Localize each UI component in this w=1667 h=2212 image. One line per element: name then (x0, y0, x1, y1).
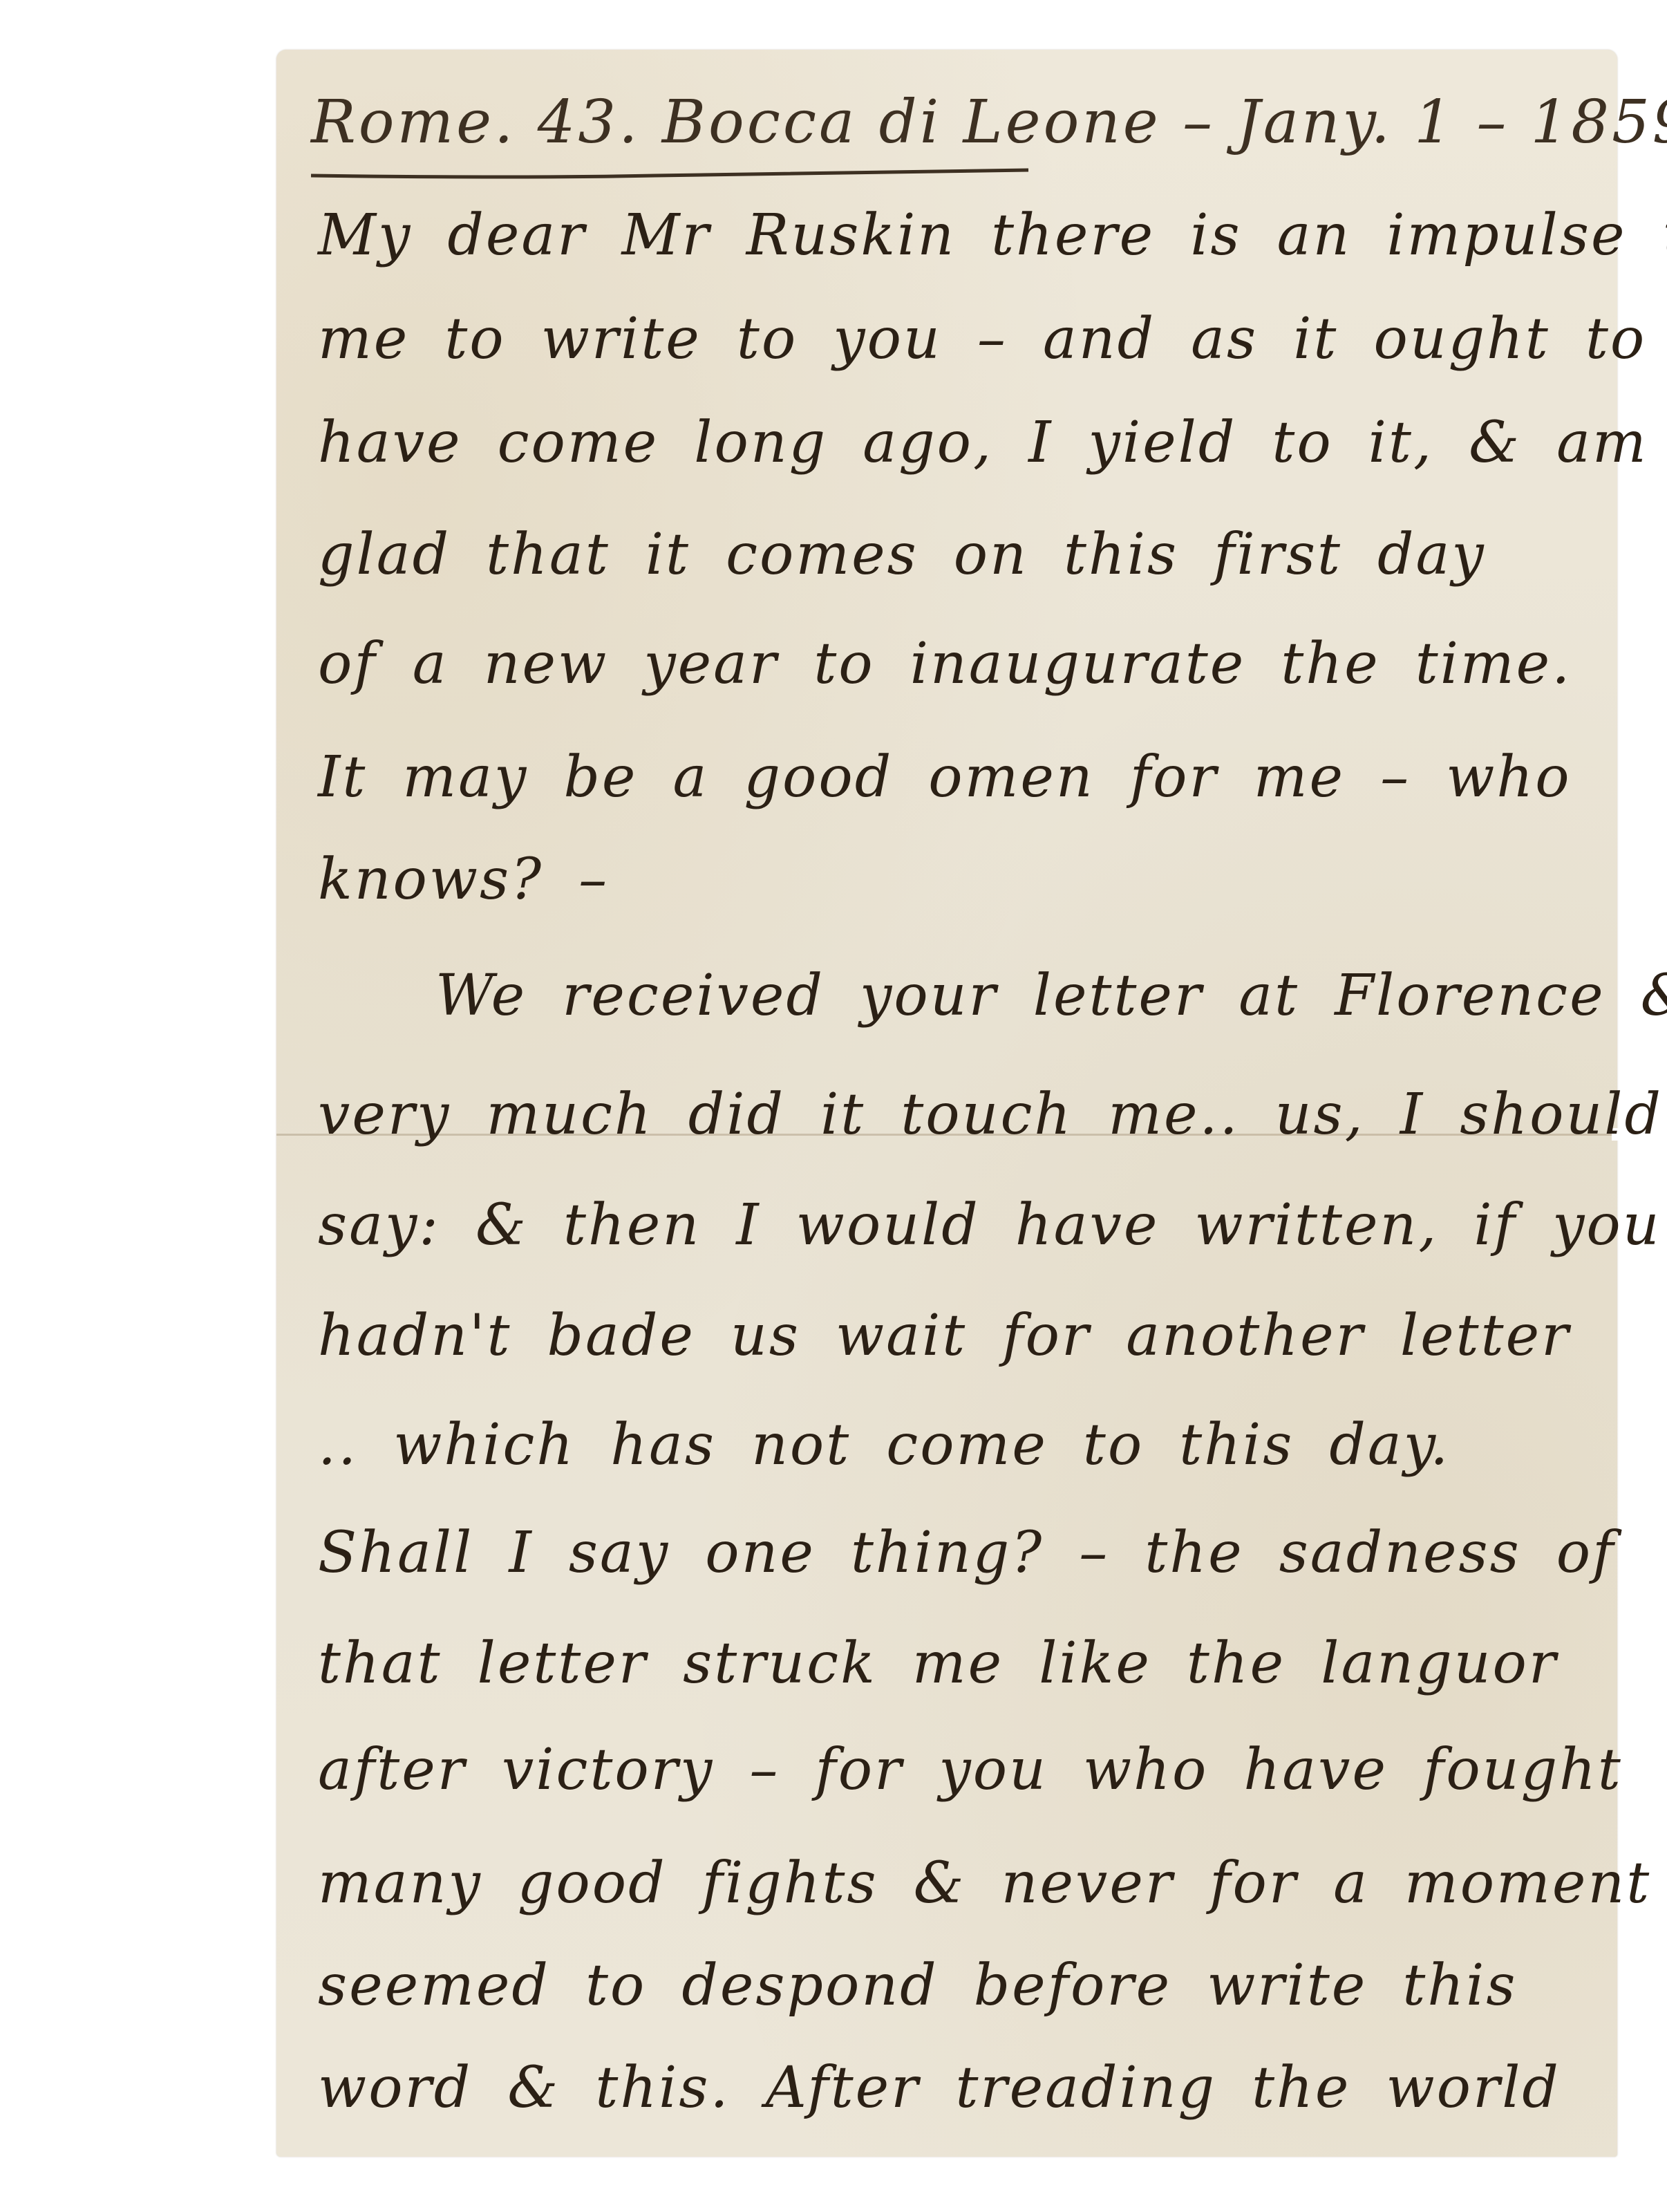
letter-line: of a new year to inaugurate the time. (318, 636, 1603, 693)
letter-line: word & this. After treading the world (318, 2060, 1603, 2117)
letter-line: .. which has not come to this day. (318, 1417, 1603, 1474)
letter-line: seemed to despond before write this (318, 1958, 1603, 2014)
letter-line: me to write to you – and as it ought to (318, 311, 1603, 368)
letter-line: after victory – for you who have fought (318, 1742, 1603, 1799)
letter-line: It may be a good omen for me – who (318, 749, 1603, 806)
heading-underline (310, 167, 1035, 181)
letter-line: Shall I say one thing? – the sadness of (318, 1525, 1603, 1582)
letter-line: We received your letter at Florence & (318, 968, 1667, 1024)
letter-line: say: & then I would have written, if you (318, 1197, 1603, 1254)
letter-line: My dear Mr Ruskin there is an impulse up… (318, 207, 1603, 264)
letter-line: glad that it comes on this first day (318, 527, 1603, 583)
letter-line: have come long ago, I yield to it, & am (318, 415, 1603, 471)
letter-line: hadn't bade us wait for another letter (318, 1308, 1603, 1365)
letter-line: that letter struck me like the languor (318, 1635, 1603, 1692)
letter-line: knows? – (318, 852, 1603, 908)
letter-line: very much did it touch me.. us, I should (318, 1087, 1603, 1143)
letter-sheet: Rome. 43. Bocca di Leone – Jany. 1 – 185… (276, 50, 1617, 2157)
letter-heading: Rome. 43. Bocca di Leone – Jany. 1 – 185… (311, 88, 1610, 171)
letter-line: many good fights & never for a moment (318, 1855, 1603, 1912)
